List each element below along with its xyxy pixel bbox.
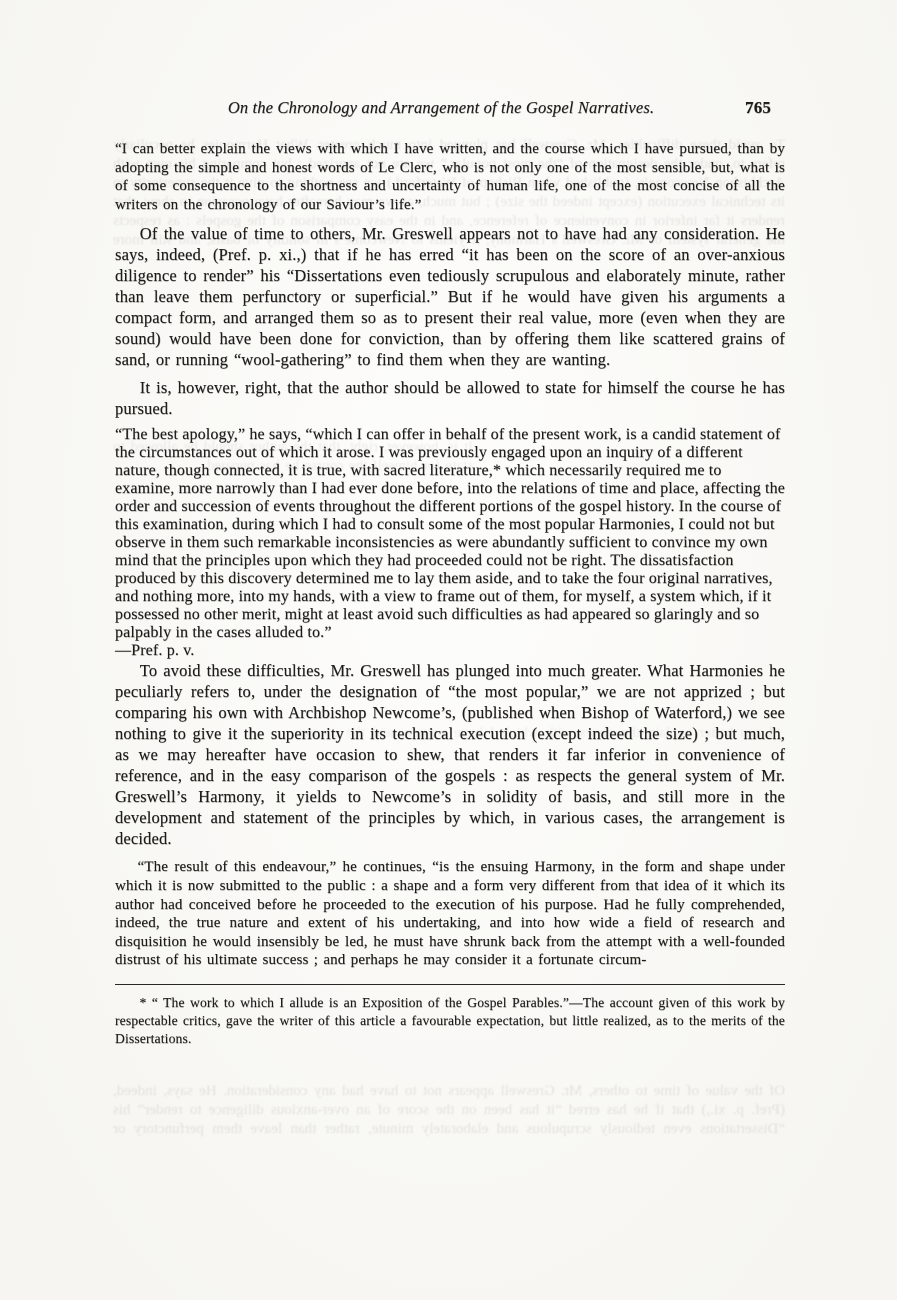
- paragraph-quote-result-endeavour: “The result of this endeavour,” he conti…: [115, 858, 785, 970]
- quote-attribution: —Pref. p. v.: [115, 642, 785, 660]
- footnote-text: * “ The work to which I allude is an Exp…: [115, 994, 785, 1048]
- page-number: 765: [745, 98, 771, 118]
- paragraph-quote-best-apology: “The best apology,” he says, “which I ca…: [115, 426, 785, 660]
- footnote-divider: [115, 984, 785, 985]
- paragraph-value-of-time: Of the value of time to others, Mr. Gres…: [115, 223, 785, 370]
- paragraph-quote-le-clerc: “I can better explain the views with whi…: [115, 140, 785, 214]
- paragraph-author-state-course: It is, however, right, that the author s…: [115, 377, 785, 419]
- paragraph-avoid-difficulties: To avoid these difficulties, Mr. Greswel…: [115, 660, 785, 849]
- text-block: “I can better explain the views with whi…: [115, 140, 785, 1048]
- scanned-page: To avoid these difficulties, Mr. Greswel…: [0, 0, 897, 1300]
- quote-best-apology-text: “The best apology,” he says, “which I ca…: [115, 426, 785, 641]
- show-through-ghost: Of the value of time to others, Mr. Gres…: [113, 1082, 785, 1140]
- running-head-title: On the Chronology and Arrangement of the…: [115, 98, 767, 118]
- running-head: On the Chronology and Arrangement of the…: [115, 98, 785, 124]
